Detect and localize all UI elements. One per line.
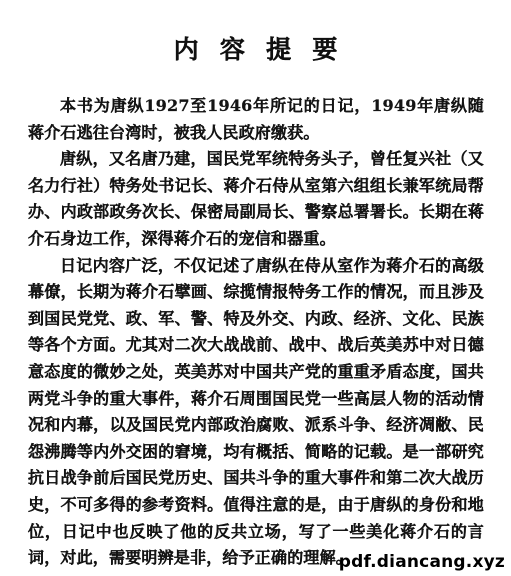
abstract-body: 本书为唐纵1927至1946年所记的日记，1949年唐纵随蒋介石逃往台湾时，被我… [0,93,511,572]
watermark-url: pdf.diancang.xyz [339,552,505,572]
scanned-book-page: 内容提要 本书为唐纵1927至1946年所记的日记，1949年唐纵随蒋介石逃往台… [0,0,511,576]
abstract-paragraph-2: 唐纵，又名唐乃建，国民党军统特务头子，曾任复兴社（又名力行社）特务处书记长、蒋介… [28,146,484,252]
page-title: 内容提要 [0,30,511,66]
abstract-paragraph-3: 日记内容广泛，不仅记述了唐纵在侍从室作为蒋介石的高级幕僚，长期为蒋介石擘画、综揽… [28,253,484,572]
abstract-paragraph-1: 本书为唐纵1927至1946年所记的日记，1949年唐纵随蒋介石逃往台湾时，被我… [28,93,484,146]
